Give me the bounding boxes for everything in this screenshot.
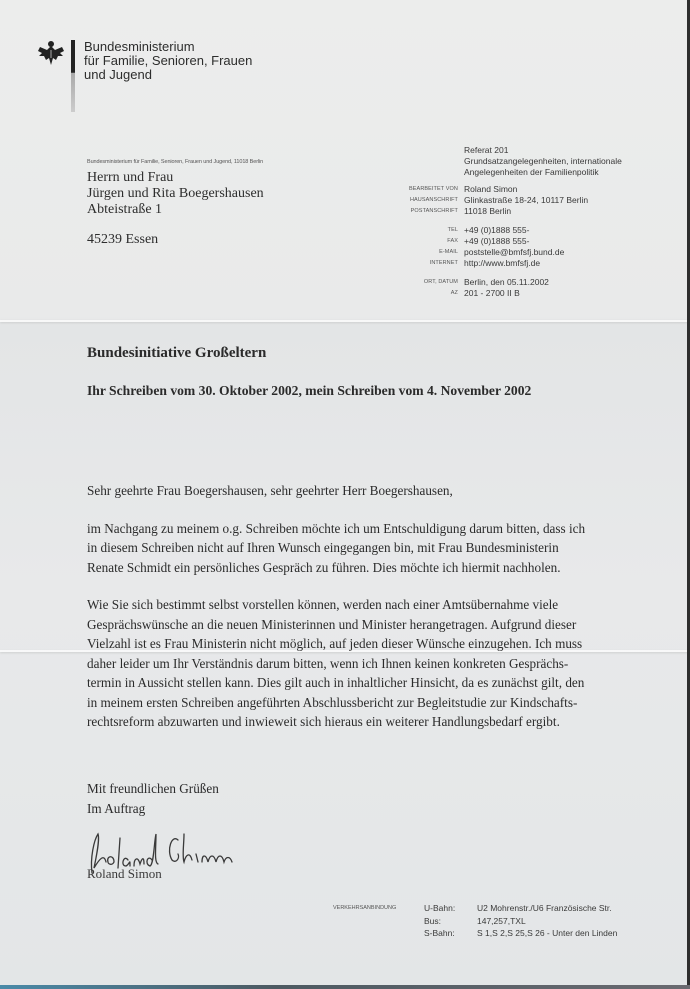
ministry-line: für Familie, Senioren, Frauen: [84, 54, 252, 68]
info-label: FAX: [380, 236, 464, 247]
paragraph-line: in meinem ersten Schreiben angeführten A…: [87, 693, 647, 713]
info-label: TEL: [380, 225, 464, 236]
transport-type: Bus:: [424, 915, 477, 928]
reference-number: 201 - 2700 II B: [464, 288, 520, 299]
logo-bar: [71, 40, 75, 112]
paper-edge: [0, 985, 690, 989]
transport-lines: S 1,S 2,S 25,S 26 - Unter den Linden: [477, 927, 617, 940]
transport-lines: U2 Mohrenstr./U6 Französische Str.: [477, 902, 612, 915]
fax-value: +49 (0)1888 555-: [464, 236, 529, 247]
recipient-line: Herrn und Frau: [87, 170, 264, 186]
department-line: Angelegenheiten der Familienpolitik: [464, 167, 599, 178]
salutation: Sehr geehrte Frau Boegershausen, sehr ge…: [87, 481, 647, 501]
recipient-address: Herrn und Frau Jürgen und Rita Boegersha…: [87, 170, 264, 248]
paragraph-line: Renate Schmidt ein persönliches Gespräch…: [87, 558, 647, 578]
info-label: HAUSANSCHRIFT: [380, 195, 464, 206]
ministry-line: Bundesministerium: [84, 40, 252, 54]
recipient-line: Jürgen und Rita Boegershausen: [87, 186, 264, 202]
info-label: BEARBEITET VON: [380, 184, 464, 195]
federal-eagle-icon: [36, 38, 66, 68]
info-label: POSTANSCHRIFT: [380, 206, 464, 217]
website-value: http://www.bmfsfj.de: [464, 258, 540, 269]
recipient-line: Abteistraße 1: [87, 202, 264, 218]
paragraph-line: daher leider um Ihr Verständnis darum bi…: [87, 654, 647, 674]
ministry-line: und Jugend: [84, 68, 252, 82]
paragraph: im Nachgang zu meinem o.g. Schreiben möc…: [87, 519, 647, 578]
paper-fold-line: [0, 320, 690, 322]
paragraph-line: im Nachgang zu meinem o.g. Schreiben möc…: [87, 519, 647, 539]
info-label: ORT, DATUM: [380, 277, 464, 288]
department-line: Grundsatzangelegenheiten, internationale: [464, 156, 622, 167]
return-address: Bundesministerium für Familie, Senioren,…: [87, 159, 263, 165]
paragraph-line: Vielzahl ist es Frau Ministerin nicht mö…: [87, 634, 647, 654]
transport-info: U-Bahn:U2 Mohrenstr./U6 Französische Str…: [424, 902, 617, 940]
recipient-city: 45239 Essen: [87, 232, 264, 248]
info-value: Glinkastraße 18-24, 10117 Berlin: [464, 195, 588, 206]
letter-subject: Bundesinitiative Großeltern: [87, 345, 266, 362]
transport-lines: 147,257,TXL: [477, 915, 526, 928]
phone-value: +49 (0)1888 555-: [464, 225, 529, 236]
signer-name: Roland Simon: [87, 866, 162, 882]
email-value: poststelle@bmfsfj.bund.de: [464, 247, 564, 258]
ministry-name: Bundesministerium für Familie, Senioren,…: [84, 40, 252, 82]
paragraph-line: Wie Sie sich bestimmt selbst vorstellen …: [87, 595, 647, 615]
closing-line: Im Auftrag: [87, 799, 219, 819]
paragraph-line: termin in Aussicht stellen kann. Dies gi…: [87, 673, 647, 693]
paragraph: Wie Sie sich bestimmt selbst vorstellen …: [87, 595, 647, 732]
transport-type: U-Bahn:: [424, 902, 477, 915]
department-line: Referat 201: [464, 145, 508, 156]
closing-line: Mit freundlichen Grüßen: [87, 779, 219, 799]
transport-type: S-Bahn:: [424, 927, 477, 940]
transport-label: VERKEHRSANBINDUNG: [333, 905, 396, 911]
sender-info: Referat 201 Grundsatzangelegenheiten, in…: [380, 145, 622, 299]
paragraph-line: in diesem Schreiben nicht auf Ihren Wuns…: [87, 538, 647, 558]
info-value: Roland Simon: [464, 184, 517, 195]
info-label: INTERNET: [380, 258, 464, 269]
paragraph-line: Gesprächswünsche an die neuen Ministerin…: [87, 615, 647, 635]
info-label: AZ: [380, 288, 464, 299]
date-value: Berlin, den 05.11.2002: [464, 277, 549, 288]
closing: Mit freundlichen Grüßen Im Auftrag: [87, 779, 219, 819]
info-value: 11018 Berlin: [464, 206, 511, 217]
letter-reference: Ihr Schreiben vom 30. Oktober 2002, mein…: [87, 383, 531, 399]
info-label: E-MAIL: [380, 247, 464, 258]
letter-body: Sehr geehrte Frau Boegershausen, sehr ge…: [87, 481, 647, 750]
paragraph-line: rechtsreform abzuwarten und inwieweit si…: [87, 712, 647, 732]
